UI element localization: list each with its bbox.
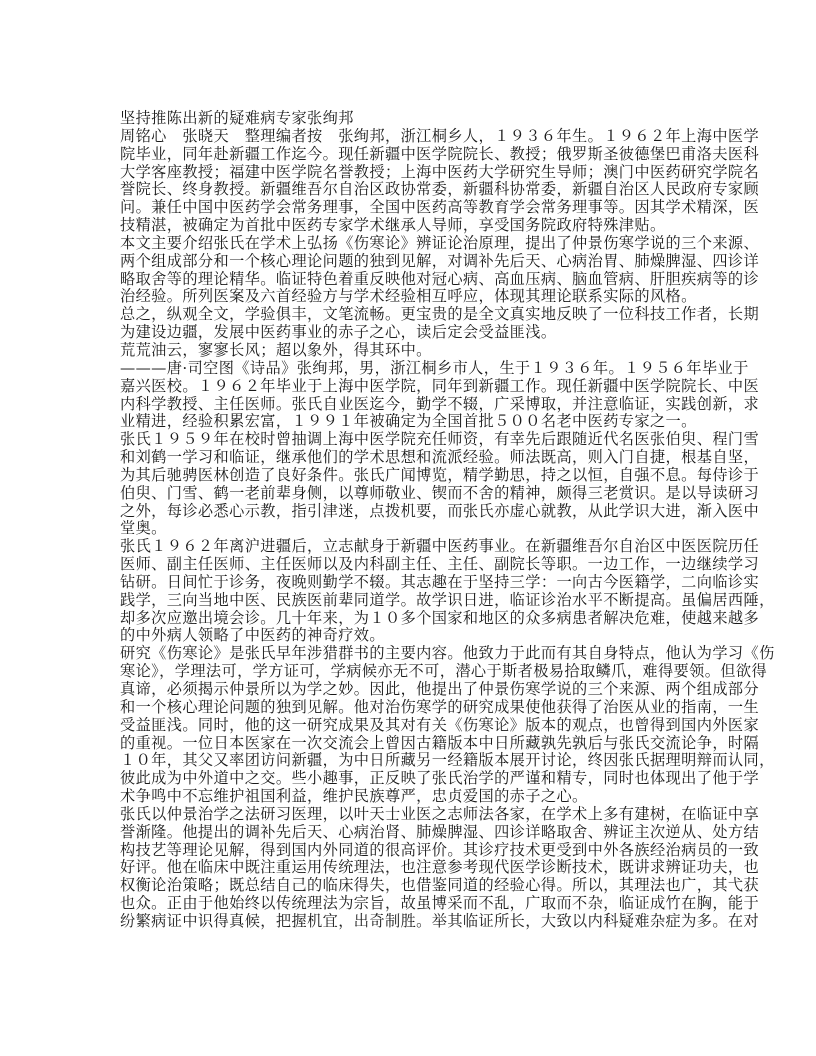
text-line: 伯臾、门雪、鹤一老前辈身侧，以尊师敬业、锲而不舍的精神，颇得三老赏识。是以导读研… [120, 485, 700, 503]
text-line: 总之，纵观全文，学验俱丰，文笔流畅。更宝贵的是全文真实地反映了一位科技工作者，长… [120, 306, 700, 324]
text-line: ———唐·司空图《诗品》张绚邦，男，浙江桐乡市人，生于１９３６年。１９５６年毕业… [120, 360, 700, 378]
text-line: 受益匪浅。同时，他的这一研究成果及其对有关《伤寒论》版本的观点，也曾得到国内外医… [120, 717, 700, 735]
text-line: 两个组成部分和一个核心理论问题的独到见解，对调补先后天、心病治胃、肺燥脾湿、四诊… [120, 253, 700, 271]
text-line: 之外，每诊必悉心示教，指引津迷，点拨机要，而张氏亦虚心就教，从此学识大进，渐入医… [120, 503, 700, 521]
text-line: 略取舍等的理论精华。临证特色着重反映他对冠心病、高血压病、脑血管病、肝胆疾病等的… [120, 271, 700, 289]
text-line: 研究《伤寒论》是张氏早年涉猎群书的主要内容。他致力于此而有其自身特点，他认为学习… [120, 645, 700, 663]
text-line: 也众。正由于他始终以传统理法为宗旨，故虽博采而不乱，广取而不杂，临证成竹在胸，能… [120, 895, 700, 913]
text-line: 寒论》，学理法可，学方证可，学病候亦无不可，潜心于斯者极易拾取鳞爪，难得要领。但… [120, 663, 700, 681]
text-line: 术争鸣中不忘维护祖国利益，维护民族尊严，忠贞爱国的赤子之心。 [120, 788, 700, 806]
text-line: 为其后驰骋医林创造了良好条件。张氏广闻博览，精学勤思，持之以恒，自强不息。每侍诊… [120, 467, 700, 485]
text-line [120, 931, 700, 949]
text-line: 和刘鹤一学习和临证，继承他们的学术思想和流派经验。师法既高，则入门自捷，根基自坚… [120, 449, 700, 467]
text-line: 嘉兴医校。１９６２年毕业于上海中医学院，同年到新疆工作。现任新疆中医学院院长、中… [120, 378, 700, 396]
text-line: 的中外病人领略了中医药的神奇疗效。 [120, 627, 700, 645]
text-line: 院毕业，同年赴新疆工作迄今。现任新疆中医学院院长、教授；俄罗斯圣彼德堡巴甫洛夫医… [120, 146, 700, 164]
text-line: 张氏以仲景治学之法研习医理，以叶天士业医之志师法各家，在学术上多有建树，在临证中… [120, 806, 700, 824]
text-line: 却多次应邀出境会诊。几十年来，为１０多个国家和地区的众多病患者解决危难，使越来越… [120, 610, 700, 628]
text-line: 钻研。日间忙于诊务，夜晚则勤学不辍。其志趣在于坚持三学：一向古今医籍学，二向临诊… [120, 574, 700, 592]
text-line: 权衡论治策略；既总结自己的临床得失，也借鉴同道的经验心得。所以，其理法也广，其弋… [120, 877, 700, 895]
text-line: 医师、副主任医师、主任医师以及内科副主任、主任、副院长等职。一边工作，一边继续学… [120, 556, 700, 574]
text-line: １０年，其父又率团访问新疆，为中日所藏另一经籍版本展开讨论，终因张氏据理明辩而认… [120, 752, 700, 770]
text-line: 誉院长、终身教授。新疆维吾尔自治区政协常委，新疆科协常委，新疆自治区人民政府专家… [120, 181, 700, 199]
text-line: 和一个核心理论问题的独到见解。他对治伤寒学的研究成果使他获得了治医从业的指南，一… [120, 699, 700, 717]
document-page: 坚持推陈出新的疑难病专家张绚邦 周铭心 张晓天 整理编者按 张绚邦，浙江桐乡人，… [120, 110, 700, 949]
text-line: 张氏１９６２年离沪进疆后，立志献身于新疆中医药事业。在新疆维吾尔自治区中医医院历… [120, 538, 700, 556]
text-line: 践学，三向当地中医、民族医前辈同道学。故学识日进，临证诊治水平不断提高。虽偏居西… [120, 592, 700, 610]
text-line: 的重视。一位日本医家在一次交流会上曾因古籍版本中日所藏孰先孰后与张氏交流论争，时… [120, 735, 700, 753]
text-line: 业精进，经验积累宏富，１９９１年被确定为全国首批５００名老中医药专家之一。 [120, 413, 700, 431]
text-line: 真谛，必须揭示仲景所以为学之妙。因此，他提出了仲景伤寒学说的三个来源、两个组成部… [120, 681, 700, 699]
text-line: 治经验。所列医案及六首经验方与学术经验相互呼应，体现其理论联系实际的风格。 [120, 288, 700, 306]
poem-quote: 荒荒油云，寥寥长风；超以象外，得其环中。 [120, 342, 700, 360]
text-line: 内科学教授、主任医师。张氏自业医迄今，勤学不辍，广采博取，并注意临证，实践创新，… [120, 396, 700, 414]
text-line: 大学客座教授；福建中医学院名誉教授；上海中医药大学研究生导师；澳门中医药研究学院… [120, 164, 700, 182]
text-line: 纷繁病证中识得真候，把握机宜，出奇制胜。举其临证所长，大致以内科疑难杂症为多。在… [120, 913, 700, 931]
text-line: 彼此成为中外道中之交。些小趣事，正反映了张氏治学的严谨和精专，同时也体现出了他于… [120, 770, 700, 788]
document-title: 坚持推陈出新的疑难病专家张绚邦 [120, 110, 700, 128]
text-line: 构技艺等理论见解，得到国内外同道的很高评价。其诊疗技术更受到中外各族经治病员的一… [120, 842, 700, 860]
text-line: 技精湛，被确定为首批中医药专家学术继承人导师，享受国务院政府特殊津贴。 [120, 217, 700, 235]
text-line: 誉渐隆。他提出的调补先后天、心病治肾、肺燥脾湿、四诊详略取舍、辨证主次逆从、处方… [120, 824, 700, 842]
text-line: 好评。他在临床中既注重运用传统理法，也注意参考现代医学诊断技术，既讲求辨证功夫，… [120, 859, 700, 877]
text-line: 为建设边疆，发展中医药事业的赤子之心，读后定会受益匪浅。 [120, 324, 700, 342]
text-line: 张氏１９５９年在校时曾抽调上海中医学院充任师资，有幸先后跟随近代名医张伯臾、程门… [120, 431, 700, 449]
text-line: 问。兼任中国中医药学会常务理事，全国中医药高等教育学会常务理事等。因其学术精深，… [120, 199, 700, 217]
text-line: 堂奥。 [120, 520, 700, 538]
byline-and-editor-note: 周铭心 张晓天 整理编者按 张绚邦，浙江桐乡人，１９３６年生。１９６２年上海中医… [120, 128, 700, 146]
text-line: 本文主要介绍张氏在学术上弘扬《伤寒论》辨证论治原理，提出了仲景伤寒学说的三个来源… [120, 235, 700, 253]
